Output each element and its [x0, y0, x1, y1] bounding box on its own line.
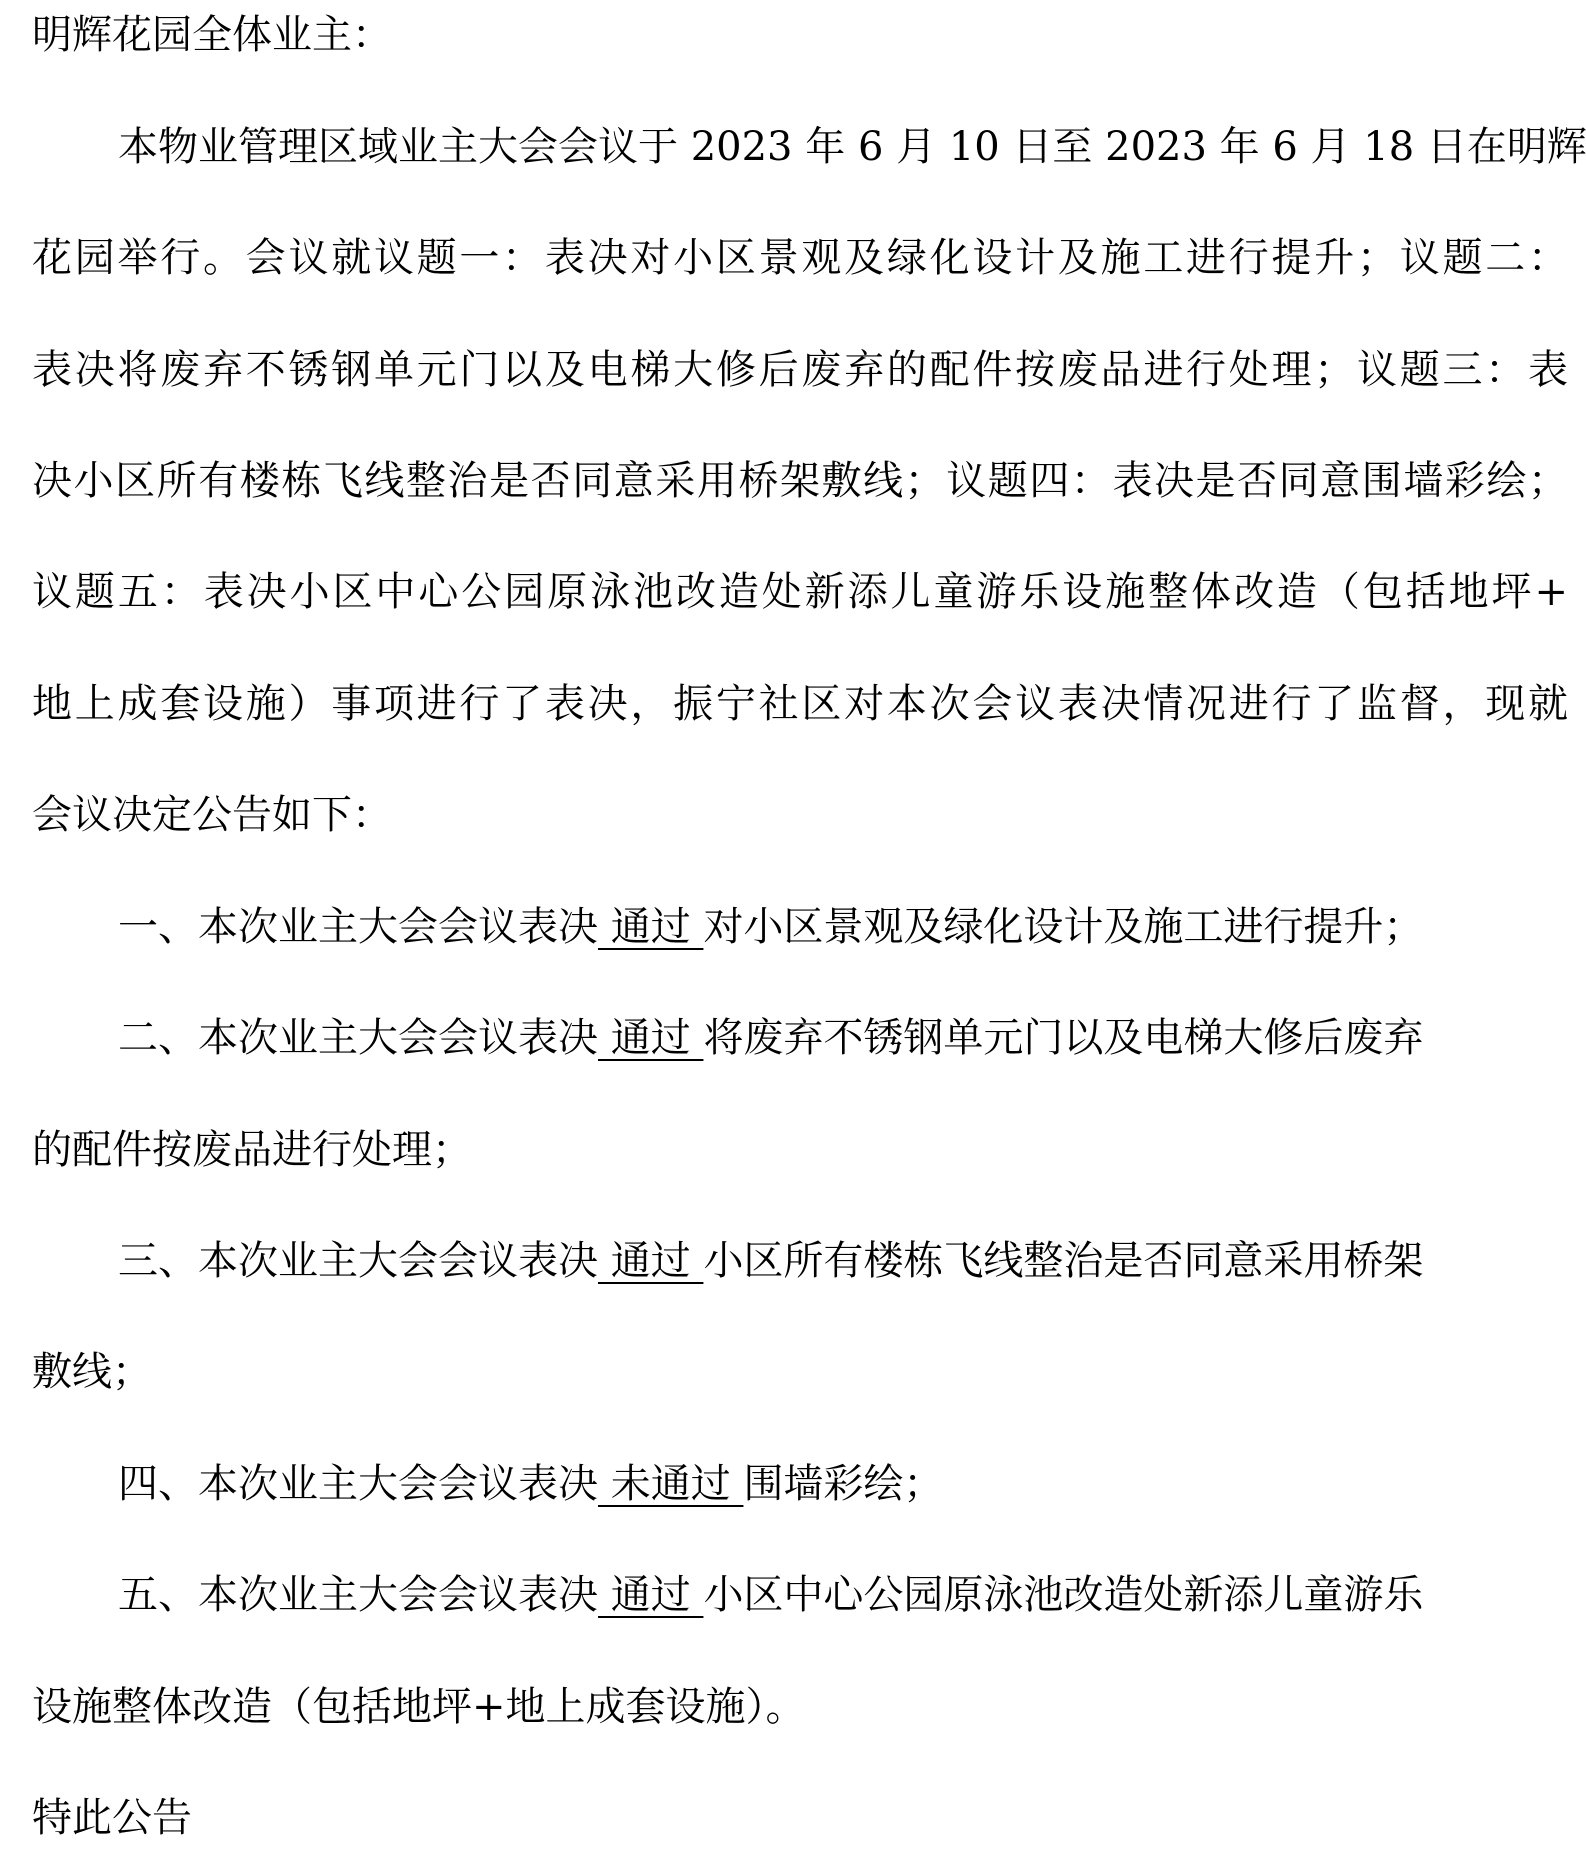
resolution-5: 五、本次业主大会会议表决 通过 小区中心公园原泳池改造处新添儿童游乐 [118, 1570, 1423, 1620]
intro-line: 议题五：表决小区中心公园原泳池改造处新添儿童游乐设施整体改造（包括地坪+ [32, 567, 1568, 617]
resolution-prefix: 三、本次业主大会会议表决 [118, 1238, 598, 1284]
resolution-5-continued: 设施整体改造（包括地坪+地上成套设施）。 [32, 1682, 806, 1732]
salutation: 明辉花园全体业主： [32, 10, 392, 60]
resolution-text: 小区所有楼栋飞线整治是否同意采用桥架 [703, 1238, 1423, 1284]
resolution-prefix: 五、本次业主大会会议表决 [118, 1572, 598, 1618]
resolution-text: 对小区景观及绿化设计及施工进行提升； [703, 904, 1423, 950]
resolution-result: 未通过 [598, 1461, 743, 1507]
resolution-result: 通过 [598, 1572, 703, 1618]
resolution-prefix: 四、本次业主大会会议表决 [118, 1461, 598, 1507]
intro-line: 决小区所有楼栋飞线整治是否同意采用桥架敷线；议题四：表决是否同意围墙彩绘； [32, 456, 1568, 506]
intro-line: 本物业管理区域业主大会会议于 2023 年 6 月 10 日至 2023 年 6… [118, 122, 1568, 172]
intro-line: 会议决定公告如下： [32, 790, 392, 840]
resolution-2: 二、本次业主大会会议表决 通过 将废弃不锈钢单元门以及电梯大修后废弃 [118, 1013, 1423, 1063]
resolution-4: 四、本次业主大会会议表决 未通过 围墙彩绘； [118, 1459, 943, 1509]
resolution-result: 通过 [598, 904, 703, 950]
resolution-prefix: 一、本次业主大会会议表决 [118, 904, 598, 950]
resolution-prefix: 二、本次业主大会会议表决 [118, 1015, 598, 1061]
resolution-text: 围墙彩绘； [743, 1461, 943, 1507]
closing-text: 特此公告 [32, 1793, 192, 1843]
intro-line: 地上成套设施）事项进行了表决，振宁社区对本次会议表决情况进行了监督，现就 [32, 679, 1568, 729]
resolution-text: 小区中心公园原泳池改造处新添儿童游乐 [703, 1572, 1423, 1618]
resolution-result: 通过 [598, 1238, 703, 1284]
resolution-1: 一、本次业主大会会议表决 通过 对小区景观及绿化设计及施工进行提升； [118, 902, 1423, 952]
intro-line: 表决将废弃不锈钢单元门以及电梯大修后废弃的配件按废品进行处理；议题三：表 [32, 345, 1568, 395]
resolution-3: 三、本次业主大会会议表决 通过 小区所有楼栋飞线整治是否同意采用桥架 [118, 1236, 1423, 1286]
resolution-3-continued: 敷线； [32, 1347, 152, 1397]
resolution-2-continued: 的配件按废品进行处理； [32, 1125, 472, 1175]
intro-line: 花园举行。会议就议题一：表决对小区景观及绿化设计及施工进行提升；议题二： [32, 233, 1568, 283]
resolution-result: 通过 [598, 1015, 703, 1061]
resolution-text: 将废弃不锈钢单元门以及电梯大修后废弃 [703, 1015, 1423, 1061]
